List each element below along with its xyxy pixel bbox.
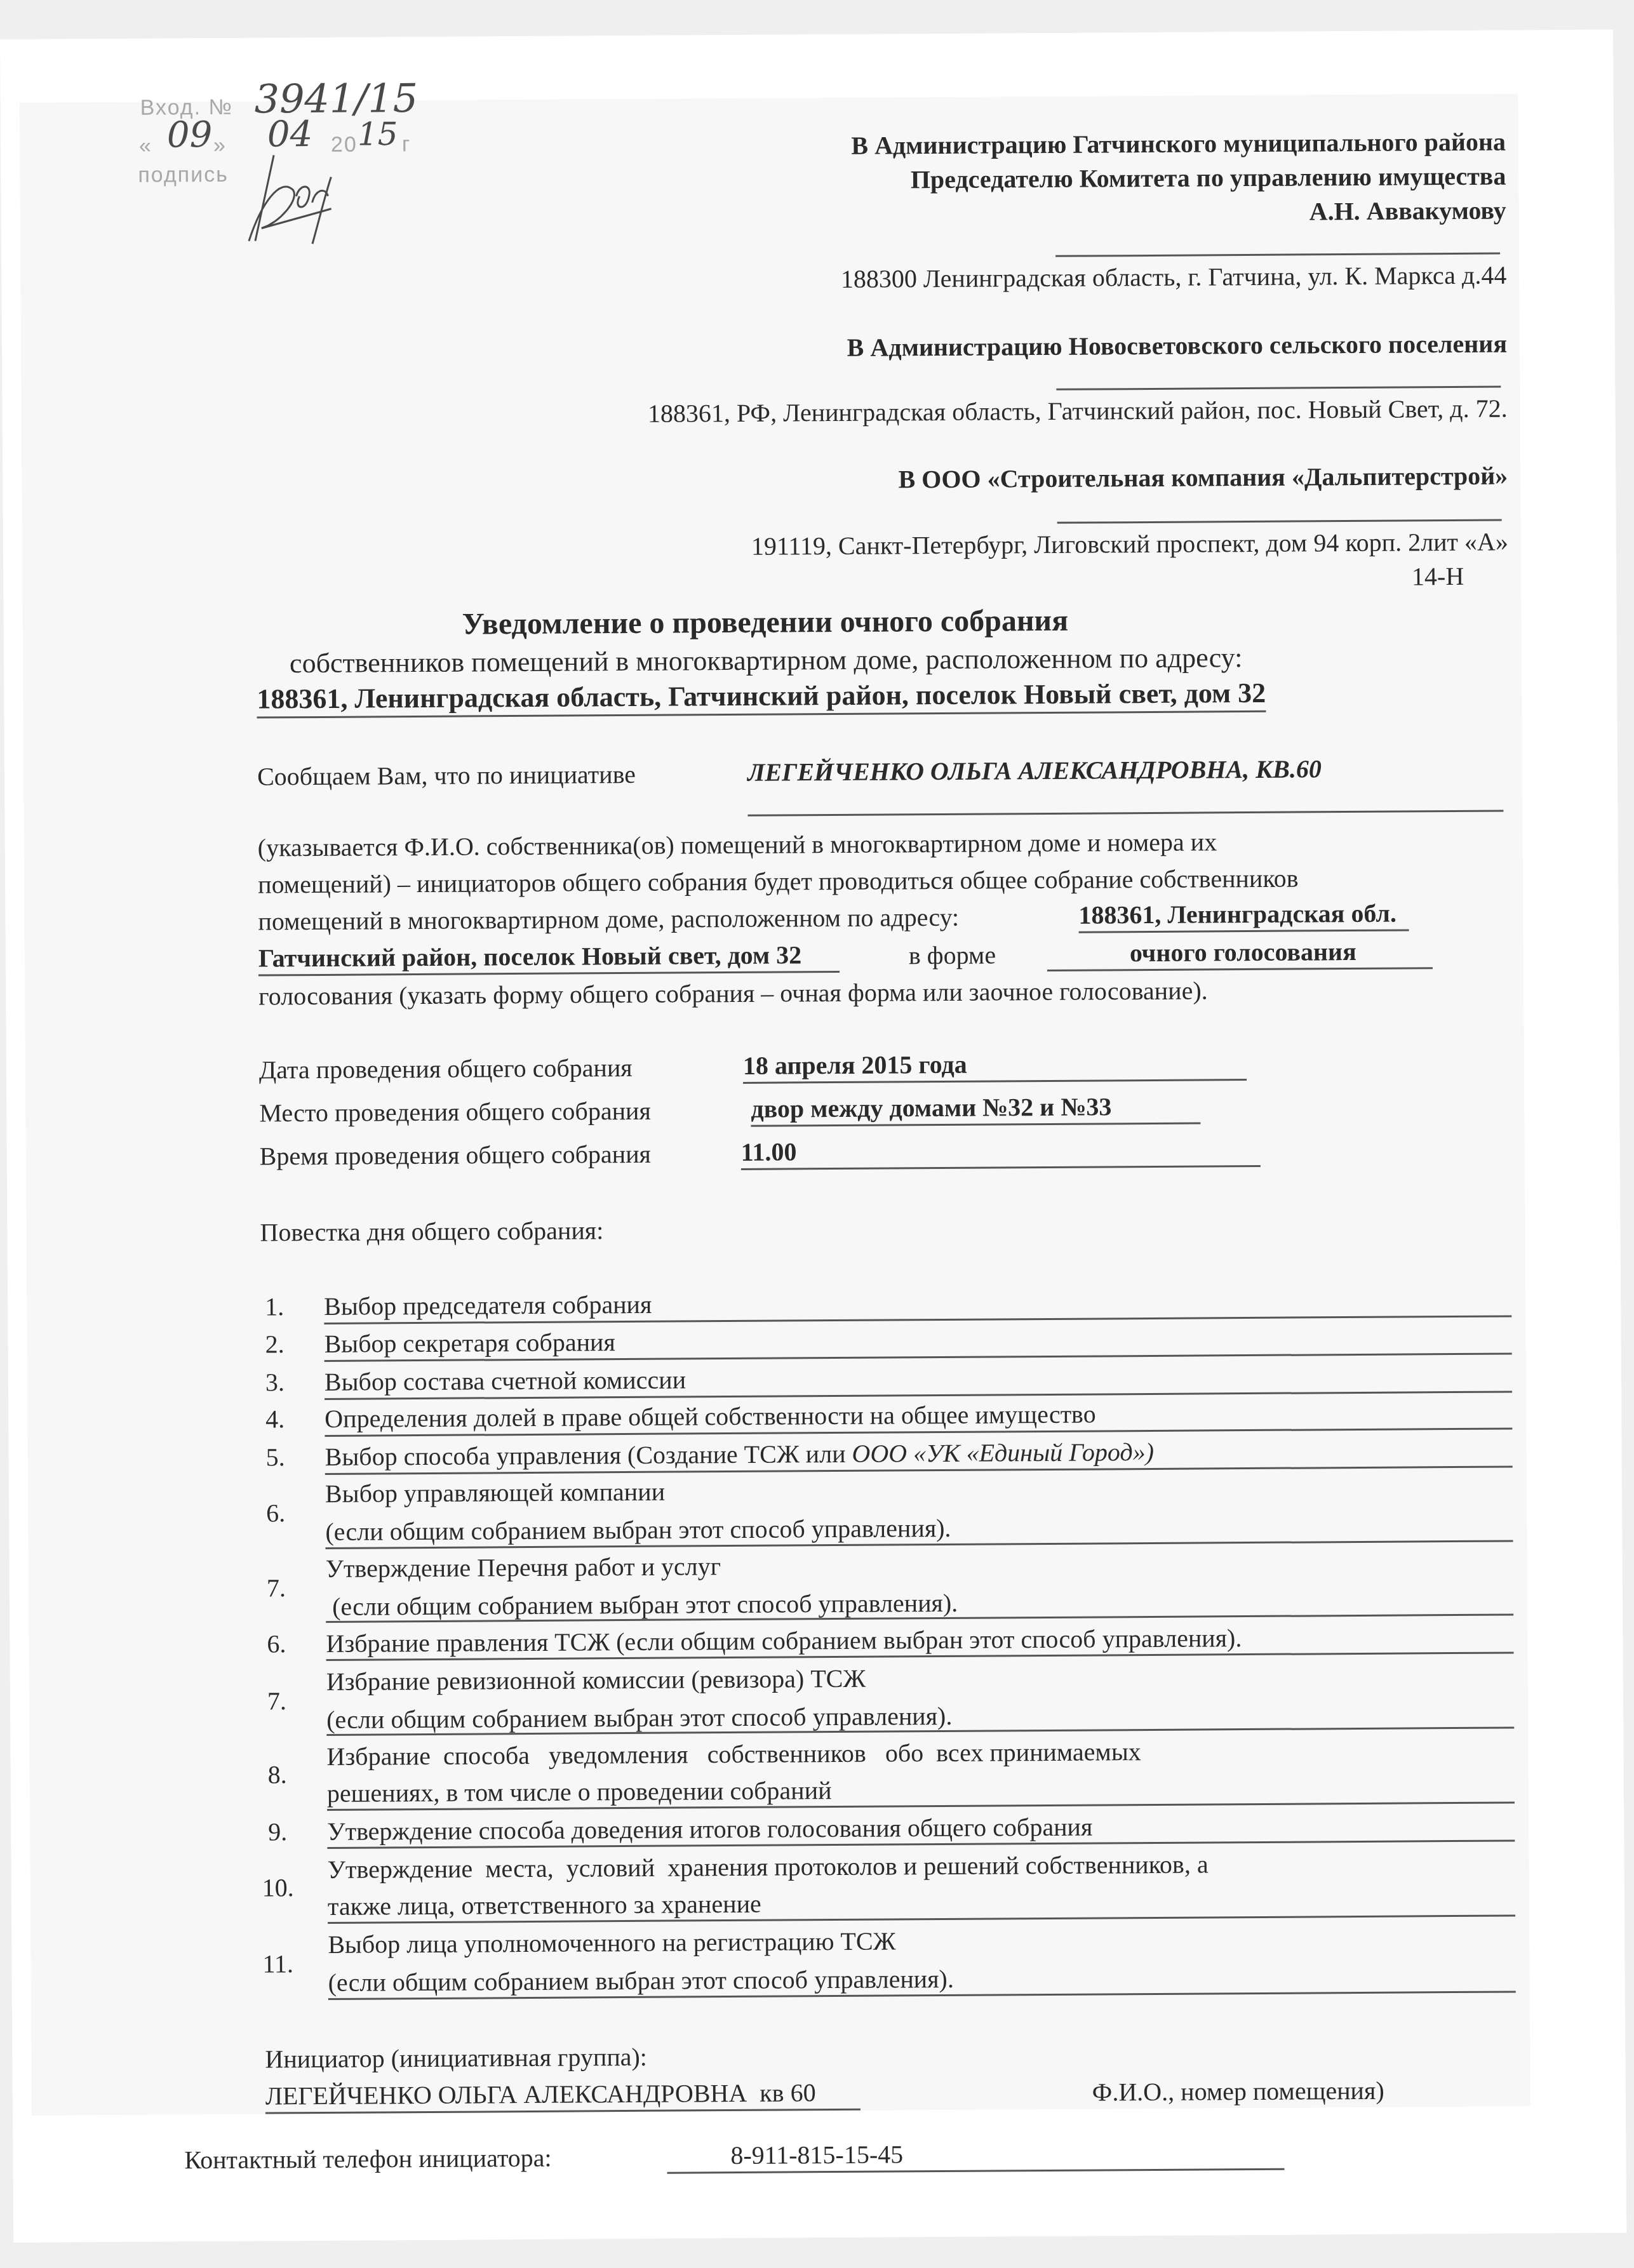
- initiator-label: Инициатор (инициативная группа):: [265, 2042, 647, 2074]
- agenda-item-text: (если общим собранием выбран этот способ…: [328, 1964, 954, 1998]
- stamp-year-g: г: [402, 132, 412, 157]
- agenda-item-text: (если общим собранием выбран этот способ…: [326, 1588, 958, 1622]
- agenda-item-text: Выбор управляющей компании: [325, 1477, 665, 1509]
- recipient-3-suffix: 14-Н: [1412, 561, 1464, 592]
- agenda-item-number: 7.: [267, 1573, 286, 1603]
- recipient-block-3: В ООО «Строительная компания «Дальпитерс…: [0, 29, 1613, 39]
- date-label: Дата проведения общего собрания: [259, 1053, 633, 1085]
- time-label: Время проведения общего собрания: [260, 1139, 651, 1171]
- handwritten-signature-icon: [236, 152, 351, 248]
- agenda-item-number: 9.: [268, 1817, 287, 1846]
- agenda-item-text: Избрание правления ТСЖ (если общим собра…: [326, 1623, 1242, 1658]
- document-subtitle: собственников помещений в многоквартирно…: [290, 641, 1243, 679]
- agenda-item-number: 11.: [262, 1949, 293, 1978]
- initiator-value: ЛЕГЕЙЧЕНКО ОЛЬГА АЛЕКСАНДРОВНА кв 60: [265, 2078, 861, 2114]
- phone-label: Контактный телефон инициатора:: [184, 2143, 552, 2175]
- agenda-item-text: Утверждение Перечня работ и услуг: [326, 1551, 721, 1584]
- stamp-quote-close: »: [213, 133, 227, 158]
- agenda-item-text: Выбор председателя собрания: [324, 1290, 652, 1321]
- meeting-place: двор между домами №32 и №33: [751, 1091, 1201, 1126]
- agenda-list: 1. Выбор председателя собрания 2. Выбор …: [0, 29, 1613, 39]
- agenda-item-number: 6.: [267, 1629, 286, 1658]
- meeting-time: 11.00: [741, 1134, 1261, 1170]
- agenda-item-number: 8.: [268, 1759, 287, 1789]
- agenda-item-text: Выбор способа управления (Создание ТСЖ и…: [325, 1437, 1155, 1472]
- agenda-item-text: Определения долей в праве общей собствен…: [325, 1399, 1096, 1433]
- initiator-name: ЛЕГЕЙЧЕНКО ОЛЬГА АЛЕКСАНДРОВНА, КВ.60: [747, 754, 1322, 787]
- initiator-hint: Ф.И.О., номер помещения): [1092, 2076, 1384, 2107]
- recipient-1-address: 188300 Ленинградская область, г. Гатчина…: [841, 260, 1507, 294]
- recipient-block-1: В Администрацию Гатчинского муниципально…: [0, 29, 1613, 39]
- house-address: 188361, Ленинградская область, Гатчински…: [257, 677, 1266, 719]
- body-line-2: помещений) – инициаторов общего собрания…: [258, 864, 1299, 900]
- agenda-item-text: Избрание способа уведомления собственник…: [326, 1737, 1141, 1771]
- agenda-item-text: (если общим собранием выбран этот способ…: [326, 1701, 952, 1735]
- phone-value: 8-911-815-15-45: [667, 2137, 1284, 2174]
- agenda-item-text: Выбор лица уполномоченного на регистраци…: [328, 1926, 895, 1959]
- stamp-month: 04: [267, 114, 313, 155]
- meeting-form-value: очного голосования: [1047, 936, 1433, 971]
- stamp-quote-open: «: [139, 134, 152, 159]
- agenda-item-number: 3.: [265, 1367, 285, 1397]
- house-address-part-2: Гатчинский район, поселок Новый свет, до…: [258, 940, 840, 977]
- recipient-2-address: 188361, РФ, Ленинградская область, Гатчи…: [648, 394, 1508, 429]
- agenda-item-text: Утверждение способа доведения итогов гол…: [327, 1812, 1092, 1846]
- notice-body: Сообщаем Вам, что по инициативе ЛЕГЕЙЧЕН…: [0, 29, 1613, 39]
- recipient-3-address: 191119, Санкт-Петербург, Лиговский просп…: [751, 527, 1508, 561]
- agenda-item-text: Утверждение места, условий хранения прот…: [327, 1849, 1208, 1884]
- recipient-2-line-1: В Администрацию Новосветовского сельског…: [847, 329, 1507, 363]
- form-label: в форме: [909, 940, 996, 970]
- recipient-1-line-2: Председателю Комитета по управлению имущ…: [911, 161, 1506, 195]
- agenda-item-text: (если общим собранием выбран этот способ…: [325, 1513, 951, 1547]
- meeting-date: 18 апреля 2015 года: [743, 1048, 1247, 1084]
- agenda-item-number: 2.: [265, 1329, 284, 1359]
- house-address-part-1: 188361, Ленинградская обл.: [1078, 898, 1409, 933]
- agenda-item-number: 6.: [266, 1498, 285, 1528]
- stamp-day: 09: [167, 114, 213, 156]
- agenda-item-number: 1.: [265, 1291, 284, 1321]
- scanned-page: Вход. № 3941/15 « 09 » 04 20 15 г подпис…: [0, 29, 1626, 2242]
- recipient-block-2: В Администрацию Новосветовского сельског…: [0, 29, 1613, 39]
- incoming-stamp: Вход. № 3941/15 « 09 » 04 20 15 г подпис…: [0, 29, 1613, 39]
- agenda-heading: Повестка дня общего собрания:: [260, 1215, 603, 1247]
- place-label: Место проведения общего собрания: [259, 1096, 651, 1128]
- agenda-item-text: также лица, ответственного за хранение: [328, 1889, 761, 1921]
- agenda-item-text: решениях, в том числе о проведении собра…: [327, 1775, 832, 1808]
- body-line-1: (указывается Ф.И.О. собственника(ов) пом…: [258, 827, 1217, 862]
- agenda-item-text-main: Выбор способа управления (Создание ТСЖ и…: [325, 1439, 852, 1471]
- agenda-item-text: Избрание ревизионной комиссии (ревизора)…: [326, 1664, 866, 1697]
- body-line-3-prefix: помещений в многоквартирном доме, распол…: [258, 902, 959, 937]
- intro-prefix: Сообщаем Вам, что по инициативе: [257, 759, 636, 792]
- recipient-3-line-1: В ООО «Строительная компания «Дальпитерс…: [898, 461, 1508, 495]
- agenda-item-number: 7.: [267, 1686, 286, 1716]
- agenda-item-text: Выбор состава счетной комиссии: [325, 1364, 686, 1396]
- document-title: Уведомление о проведении очного собрания: [462, 603, 1068, 642]
- stamp-signature-label: подпись: [138, 163, 229, 188]
- agenda-item-number: 5.: [266, 1442, 285, 1472]
- stamp-year-suffix: 15: [358, 116, 398, 152]
- agenda-item-number: 4.: [265, 1404, 285, 1434]
- initiator-footer: Инициатор (инициативная группа): ЛЕГЕЙЧЕ…: [0, 29, 1613, 39]
- meeting-details: Дата проведения общего собрания 18 апрел…: [0, 29, 1613, 39]
- body-line-5: голосования (указать форму общего собран…: [258, 975, 1208, 1011]
- agenda-item-text-italic: ООО «УК «Единый Город»): [852, 1438, 1154, 1468]
- agenda-item-text: Выбор секретаря собрания: [324, 1327, 615, 1359]
- agenda-item-number: 10.: [262, 1872, 294, 1902]
- recipient-1-line-3: А.Н. Аввакумову: [1309, 196, 1506, 227]
- recipient-1-line-1: В Администрацию Гатчинского муниципально…: [851, 127, 1506, 161]
